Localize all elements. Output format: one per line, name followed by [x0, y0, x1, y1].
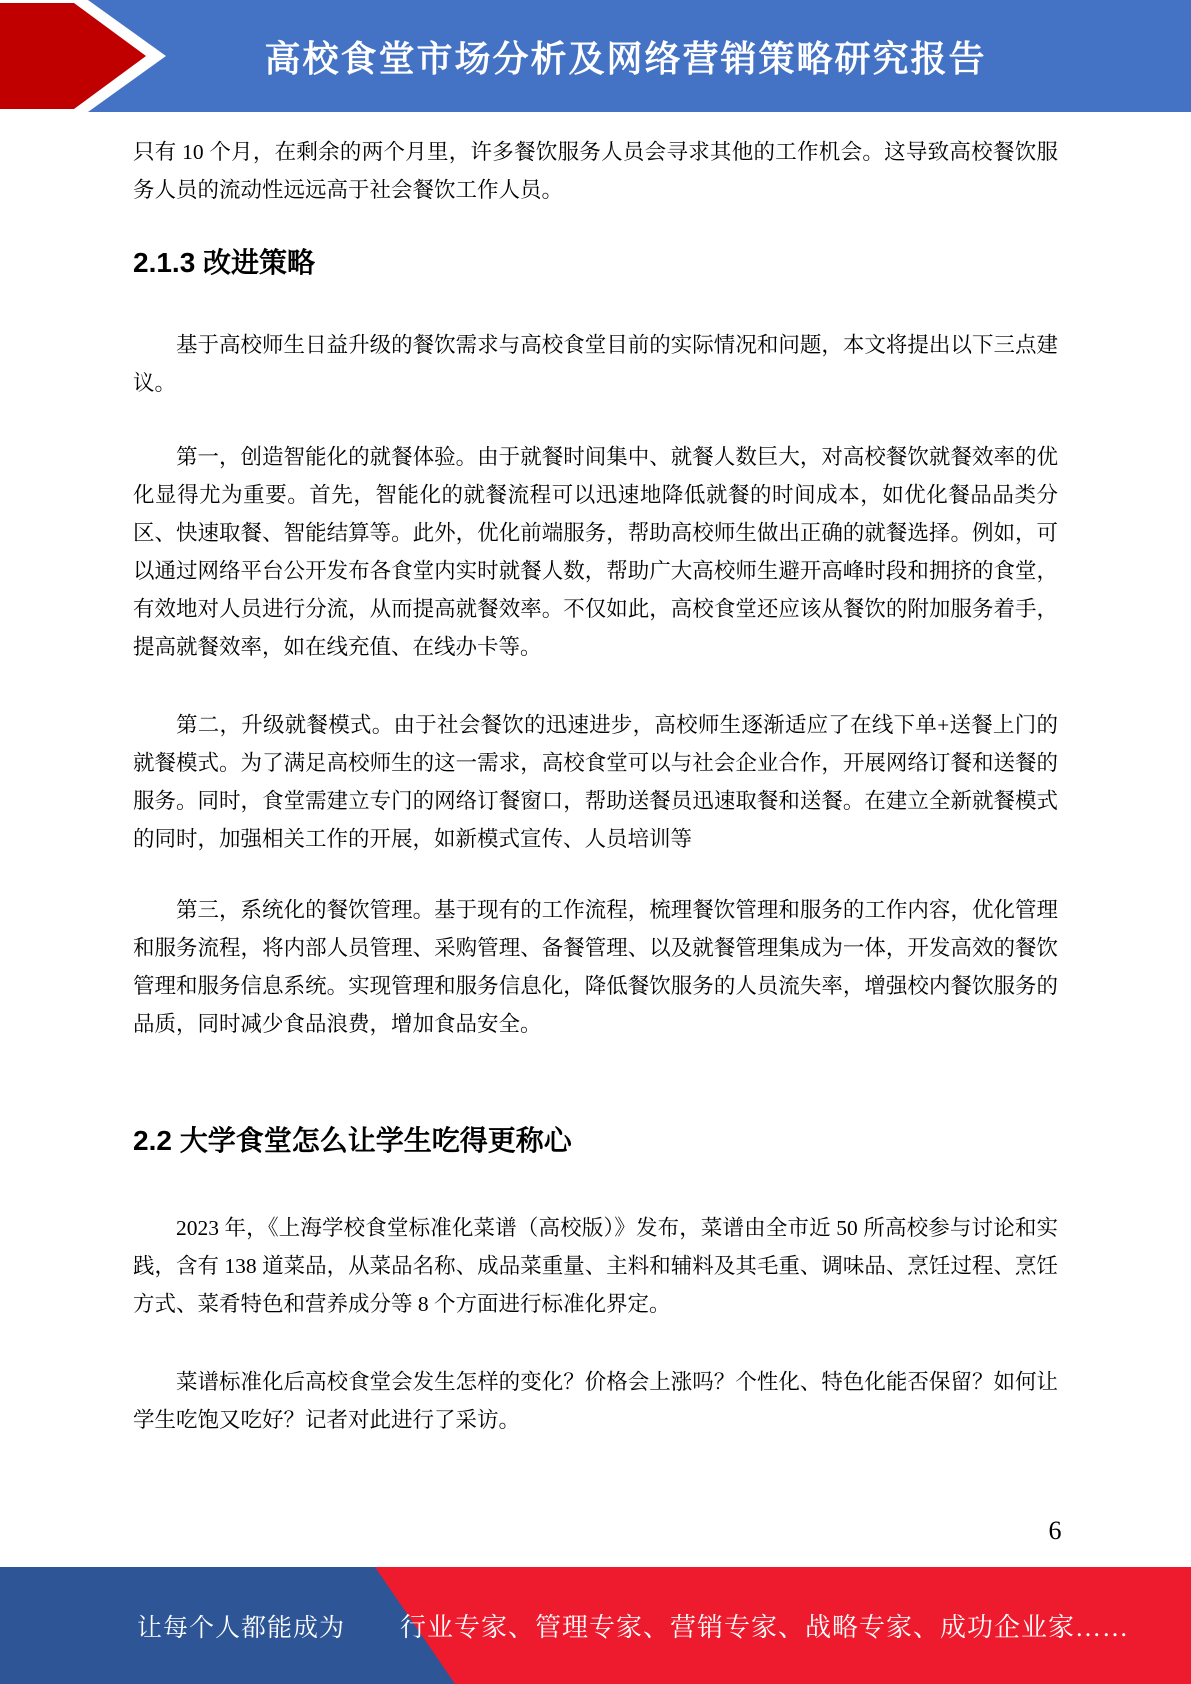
paragraph-first-point: 第一，创造智能化的就餐体验。由于就餐时间集中、就餐人数巨大，对高校餐饮就餐效率的… [133, 438, 1058, 666]
paragraph-second-point: 第二，升级就餐模式。由于社会餐饮的迅速进步，高校师生逐渐适应了在线下单+送餐上门… [133, 706, 1058, 858]
section-heading-2-2: 2.2 大学食堂怎么让学生吃得更称心 [133, 1123, 1058, 1159]
paragraph-questions: 菜谱标准化后高校食堂会发生怎样的变化？价格会上涨吗？个性化、特色化能否保留？如何… [133, 1363, 1058, 1439]
page-number: 6 [1035, 1516, 1075, 1546]
section-heading-2-1-3: 2.1.3 改进策略 [133, 246, 1058, 280]
footer-slogan-right: 行业专家、管理专家、营销专家、战略专家、成功企业家…… [400, 1567, 1129, 1684]
paragraph-standard-menu: 2023 年，《上海学校食堂标准化菜谱（高校版）》发布，菜谱由全市近 50 所高… [133, 1209, 1058, 1323]
header-banner: 高校食堂市场分析及网络营销策略研究报告 [0, 0, 1191, 112]
footer-banner: 让每个人都能成为 行业专家、管理专家、营销专家、战略专家、成功企业家…… [0, 1567, 1191, 1684]
paragraph-suggestion-intro: 基于高校师生日益升级的餐饮需求与高校食堂目前的实际情况和问题，本文将提出以下三点… [133, 326, 1058, 402]
footer-slogan-left: 让每个人都能成为 [0, 1567, 345, 1684]
paragraph-continuation: 只有 10 个月，在剩余的两个月里，许多餐饮服务人员会寻求其他的工作机会。这导致… [133, 133, 1058, 209]
report-page: 高校食堂市场分析及网络营销策略研究报告 只有 10 个月，在剩余的两个月里，许多… [0, 0, 1191, 1684]
report-title: 高校食堂市场分析及网络营销策略研究报告 [0, 0, 1191, 112]
paragraph-third-point: 第三，系统化的餐饮管理。基于现有的工作流程，梳理餐饮管理和服务的工作内容，优化管… [133, 891, 1058, 1043]
